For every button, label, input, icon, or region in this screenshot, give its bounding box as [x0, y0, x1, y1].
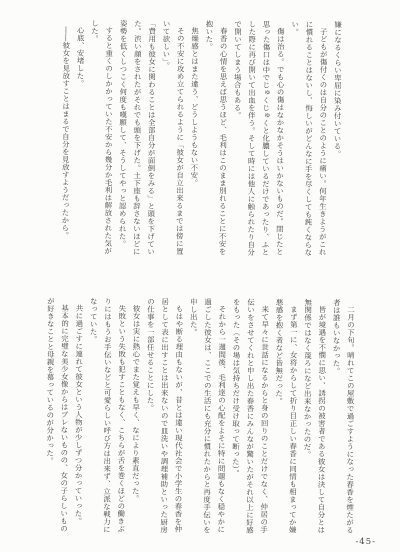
- paragraph: 基本的に完璧な美少女像からはブレないものの、女の子らしいものが好きなことと母親を…: [42, 297, 72, 538]
- paragraph: まず第一に、女将からして折り目正しい春香に同情も相まってか嫌悪感を抱く者など皆無…: [271, 298, 301, 539]
- paragraph: 春香の心情を思えば思うほど、毛利はこのまま別れることに不安を抱いた。: [200, 20, 230, 261]
- paragraph: 子どもが傷付くのは自分のことのように痛い。何年生きようがこれに慣れることはないし…: [286, 21, 330, 262]
- paragraph: 心底、安堵した。: [72, 19, 88, 260]
- paragraph: 彼女は実に熱心でまた覚えも早く、なにより素直だった。: [128, 298, 144, 539]
- paragraph: 傷は治る。でも心の傷はなかなかそうはいかないものだ。閉じたと思った傷口は中でじゅ…: [229, 20, 287, 261]
- paragraph: 「費用も彼女に関わることは全部自分が面倒をみる」と頭を下げていた。渋い顔をされた…: [115, 20, 159, 261]
- paragraph: その不安に攻め立てられるように「彼女が自立出来るまでは傍に置いて欲しい」。: [158, 20, 188, 261]
- page-number: -45-: [355, 537, 376, 547]
- paragraph: 焦燥感とはまた違う、どうしようもない不安。: [186, 20, 202, 261]
- paragraph: それから一週間後、毛利達の心配をよそに特に問題もなく穏やかに過ごした彼女は、ここ…: [185, 298, 229, 539]
- paragraph: もはや断る理由もないが、昔とは違い現代社会で小学生の春香を仲居として表に出すこと…: [142, 298, 186, 539]
- top-text-block: 嫌になるくらい卑屈に染み付いている。 子どもが傷付くのは自分のことのように痛い。…: [29, 19, 344, 262]
- scanned-book-page: 嫌になるくらい卑屈に染み付いている。 子どもが傷付くのは自分のことのように痛い。…: [0, 0, 400, 552]
- paragraph: 失敗という失敗も犯すこともなく、こちらが舌を巻くほどの働きぶりにはもうお手伝いな…: [85, 297, 129, 538]
- bottom-text-block: 二月の下旬。晴れてこの屋敷で過ごすようになった春香を煙たがる者は誰もいなかった。…: [38, 297, 357, 540]
- paragraph: すると重くのしかかっていた不安から幾分か毛利は解放された気がした。: [86, 19, 116, 260]
- paragraph: ――彼女を見放すことはまるで自分を見放すようだったから。: [57, 19, 73, 260]
- paragraph: 共に過ごすに連れて彼女という人物が少しずつ分かっていった。: [70, 297, 86, 538]
- paragraph: 二月の下旬。晴れてこの屋敷で過ごすようになった春香を煙たがる者は誰もいなかった。: [328, 299, 358, 540]
- paragraph: 嫌になるくらい卑屈に染み付いている。: [329, 21, 345, 262]
- paragraph: 来て早々に世話になるからと身の回りのことだけでなく、仲居の手伝いをさせてくれと申…: [228, 298, 272, 539]
- paragraph: 皆が境遇を不憫に思い、誘拐の被害者である彼女は決して自分とは無関係ではなく蔑ろに…: [299, 299, 329, 540]
